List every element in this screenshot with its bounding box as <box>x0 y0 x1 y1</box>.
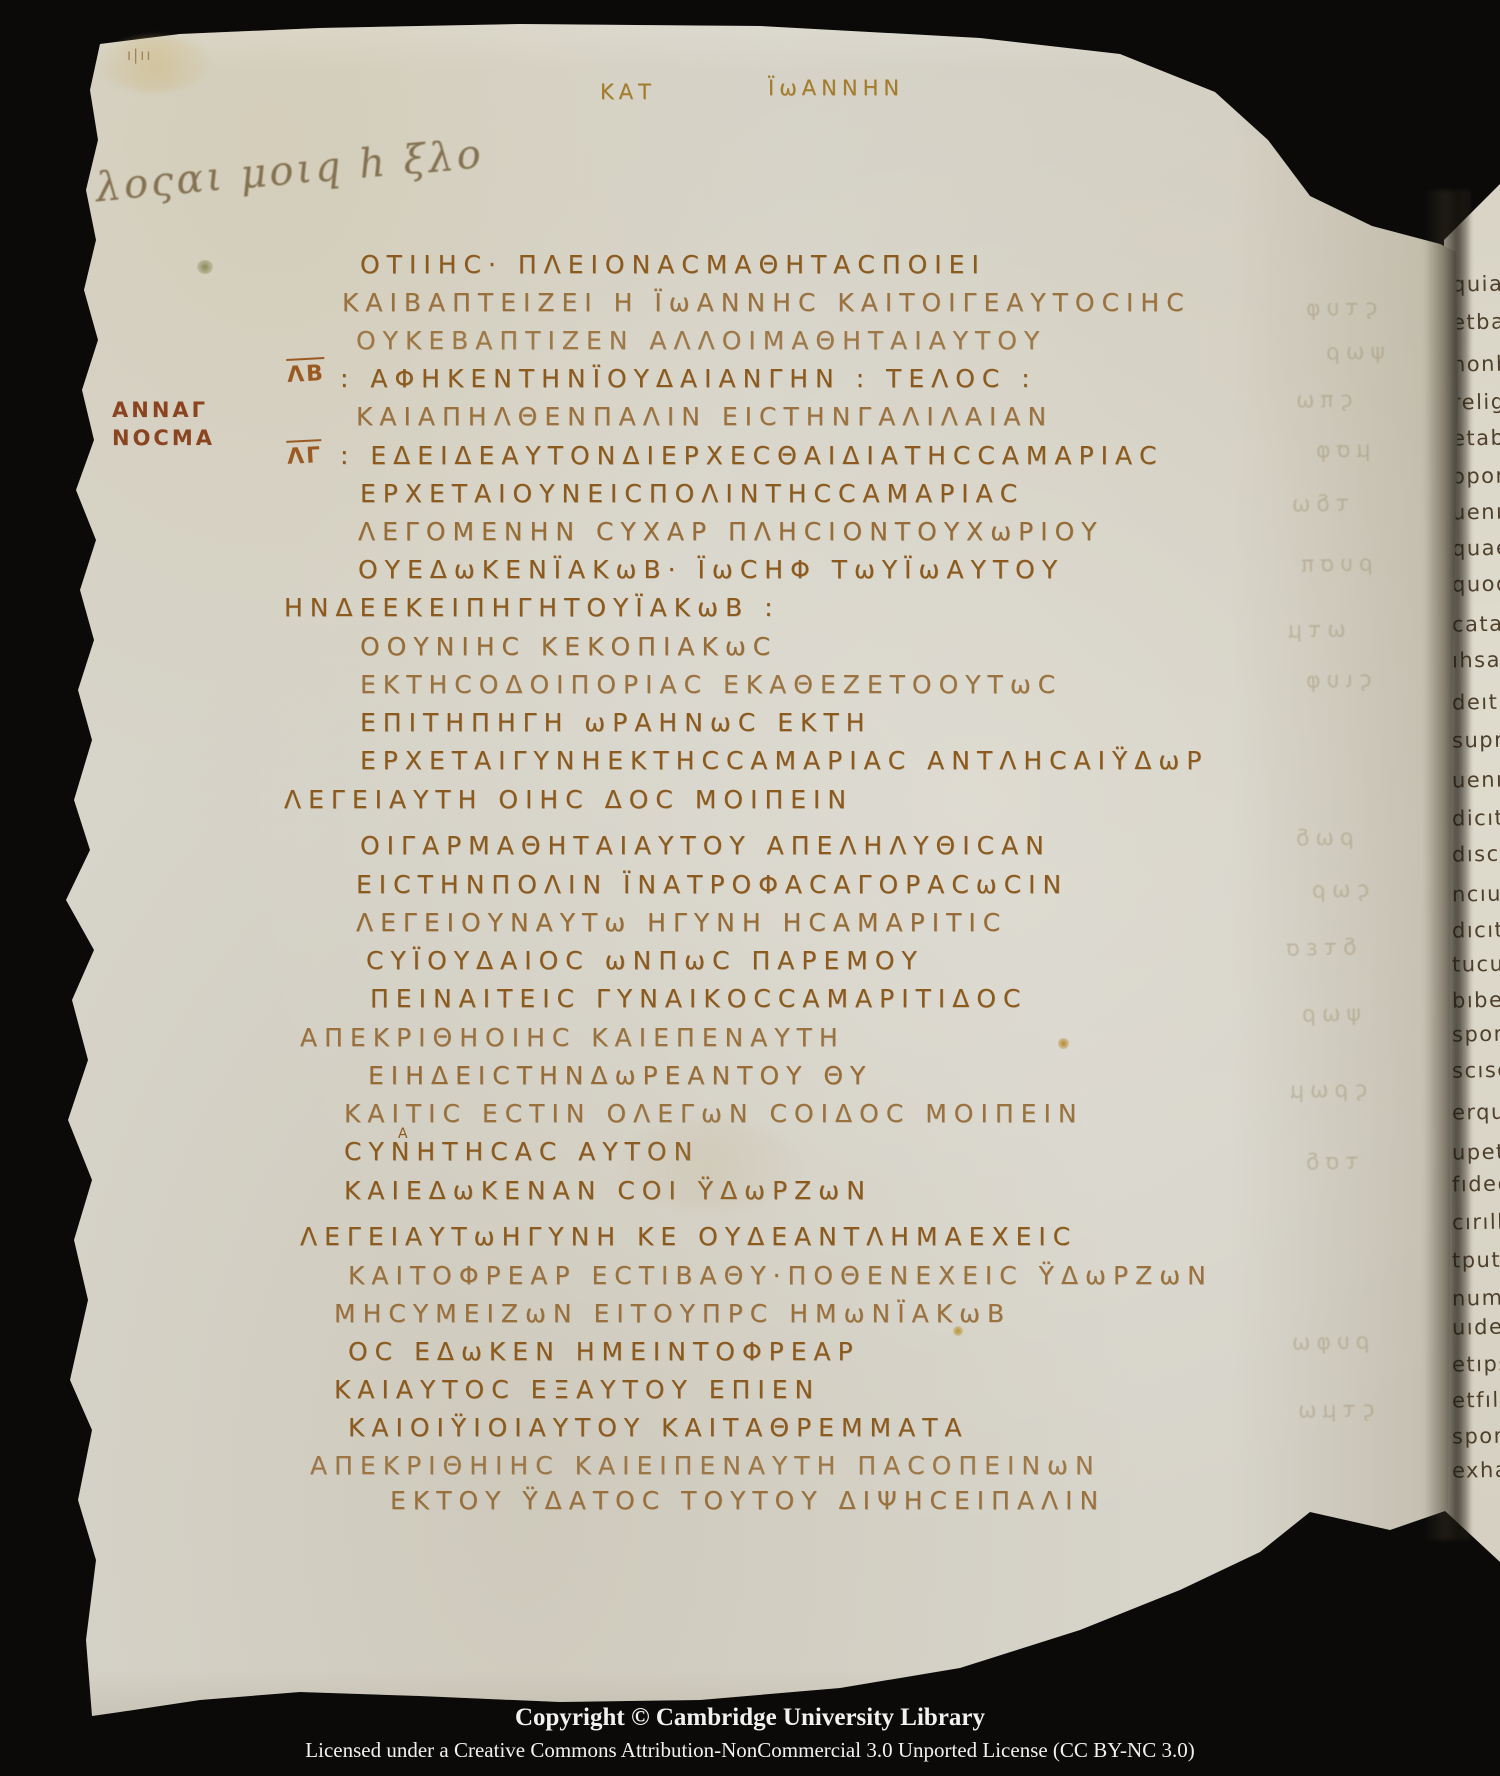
greek-text-line: ΚΑΙΑΥΤΟC ΕΞΑΥΤΟΥ ΕΠΙΕΝ <box>334 1377 820 1402</box>
greek-text-line: : ΕΔΕΙΔΕΑΥΤΟΝΔΙΕΡΧΕCΘΑΙΔΙΑΤΗCCΑΜΑΡΙΑC <box>340 443 1164 468</box>
cursive-marginal-note: λοςαι μοιq h ξλο <box>94 131 486 211</box>
greek-text-line: ΕΡΧΕΤΑΙΟΥΝΕΙCΠΟΛΙΝΤΗCCΑΜΑΡΙΑC <box>360 481 1024 506</box>
margin-section-number-lb: ΛΒ <box>286 357 325 388</box>
greek-text-line: ΚΑΙΑΠΗΛΘΕΝΠΑΛΙΝ ΕΙCΤΗΝΓΑΛΙΛΑΙΑΝ <box>356 404 1053 429</box>
running-title-kata: ΚΑΤ <box>600 80 656 104</box>
greek-text-line: ΚΑΙΤΟΦΡΕΑΡ ΕCΤΙΒΑΘΥ·ΠΟΘΕΝΕΧΕΙC ΫΔωΡΖωΝ <box>348 1263 1213 1288</box>
greek-text-line: ΛΕΓΟΜΕΝΗΝ CΥΧΑΡ ΠΛΗCΙΟΝΤΟΥΧωΡΙΟΥ <box>358 519 1104 544</box>
show-through-text: ψωρ <box>1296 1001 1361 1027</box>
margin-section-number-lg: ΛΓ <box>286 439 323 470</box>
greek-text-line: ΑΠΕΚΡΙΘΗΙΗC ΚΑΙΕΙΠΕΝΑΥΤΗ ΠΑCΟΠΕΙΝωΝ <box>310 1453 1101 1478</box>
show-through-text: δτεσ <box>1280 935 1357 961</box>
show-through-text: ςτμω <box>1292 1397 1375 1423</box>
greek-text-line: ΛΕΓΕΙΟΥΝΑΥΤω ΗΓΥΝΗ ΗCΑΜΑΡΙΤΙC <box>356 910 1007 935</box>
ink-dot <box>1058 1038 1069 1049</box>
greek-text-line: ΟΥΚΕΒΑΠΤΙΖΕΝ ΑΛΛΟΙΜΑΘΗΤΑΙΑΥΤΟΥ <box>356 328 1046 353</box>
greek-text-line: ΕΠΙΤΗΠΗΓΗ ωΡΑΗΝωC ΕΚΤΗ <box>360 710 872 735</box>
greek-text-line: CΥΪΟΥΔΑΙΟC ωΝΠωC ΠΑΡΕΜΟΥ <box>366 948 924 973</box>
show-through-text: ςτυφ <box>1300 295 1378 321</box>
greek-text-line: CΥΝΗΤΗCΑC ΑΥΤΟΝ <box>344 1139 699 1164</box>
show-through-text: ςπω <box>1290 387 1353 413</box>
lection-note-line1: ΑΝΝΑΓ <box>112 398 208 422</box>
greek-text-line: ΕΙΗΔΕΙCΤΗΝΔωΡΕΑΝΤΟΥ ΘΥ <box>368 1063 872 1088</box>
greek-text-line: ΜΗCΥΜΕΙΖωΝ ΕΙΤΟΥΠΡC ΗΜωΝΪΑΚωΒ <box>334 1301 1011 1326</box>
parchment-stain <box>100 36 210 92</box>
show-through-text: ψωρ <box>1320 339 1385 365</box>
greek-text-line: ΚΑΙΒΑΠΤΕΙΖΕΙ Η ΪωΑΝΝΗC ΚΑΙΤΟΙΓΕΑΥΤΟCΙΗC <box>342 290 1191 315</box>
greek-text-line: ΕΚΤΟΥ ΫΔΑΤΟC ΤΟΥΤΟΥ ΔΙΨΗCΕΙΠΑΛΙΝ <box>390 1488 1105 1513</box>
copyright-notice: Copyright © Cambridge University Library <box>0 1704 1500 1732</box>
greek-text-line: ΚΑΙΟΙΫΙΟΙΑΥΤΟΥ ΚΑΙΤΑΘΡΕΜΜΑΤΑ <box>348 1415 969 1440</box>
page-content-layer: ı|ıı ΚΑΤ ΪωΑΝΝΗΝ λοςαι μοιq h ξλο ΛΒ ΛΓ … <box>0 0 1500 1776</box>
running-title-ioannen: ΪωΑΝΝΗΝ <box>768 76 904 100</box>
greek-text-line: ΟΟΥΝΙΗC ΚΕΚΟΠΙΑΚωC <box>360 634 777 659</box>
show-through-text: ςιυφ <box>1300 667 1372 693</box>
show-through-text: τδω <box>1286 491 1350 517</box>
license-notice: Licensed under a Creative Commons Attrib… <box>0 1738 1500 1763</box>
show-through-text: ρυσπ <box>1295 551 1373 577</box>
greek-text-line: ΟΙΓΑΡΜΑΘΗΤΑΙΑΥΤΟΥ ΑΠΕΛΗΛΥΘΙCΑΝ <box>360 833 1051 858</box>
greek-text-line: ΟΤΙΙΗC· ΠΛΕΙΟΝΑCΜΑΘΗΤΑCΠΟΙΕΙ <box>360 252 986 277</box>
folio-mark: ı|ıı <box>127 46 153 64</box>
greek-text-line: ΛΕΓΕΙΑΥΤΗ ΟΙΗC ΔΟC ΜΟΙΠΕΙΝ <box>284 787 853 812</box>
show-through-text: ςωρ <box>1306 877 1370 903</box>
manuscript-photo-page: { "header": { "running_title_left": "ΚΑΤ… <box>0 0 1500 1776</box>
show-through-text: μσφ <box>1310 437 1371 463</box>
greek-text-line: ΕΙCΤΗΝΠΟΛΙΝ ΪΝΑΤΡΟΦΑCΑΓΟΡΑCωCΙΝ <box>356 872 1068 897</box>
greek-text-line: ΠΕΙΝΑΙΤΕΙC ΓΥΝΑΙΚΟCCΑΜΑΡΙΤΙΔΟC <box>370 986 1027 1011</box>
show-through-text: ςρωμ <box>1284 1077 1368 1103</box>
lection-note-line2: ΝΟCΜΑ <box>112 426 215 450</box>
superscript-correction-alpha: Α <box>398 1126 408 1142</box>
greek-text-line: ΟΥΕΔωΚΕΝΪΑΚωΒ· ΪωCΗΦ ΤωΥΪωΑΥΤΟΥ <box>358 557 1064 582</box>
greek-text-line: ΕΚΤΗCΟΔΟΙΠΟΡΙΑC ΕΚΑΘΕΖΕΤΟΟΥΤωC <box>360 672 1062 697</box>
show-through-text: ρυφω <box>1286 1329 1370 1355</box>
greek-text-line: ΕΡΧΕΤΑΙΓΥΝΗΕΚΤΗCCΑΜΑΡΙΑC ΑΝΤΛΗCΑΙΫΔωΡ <box>360 748 1208 773</box>
greek-text-line: ΚΑΙΕΔωΚΕΝΑΝ CΟΙ ΫΔωΡΖωΝ <box>344 1178 872 1203</box>
greek-text-line: ΚΑΙΤΙC ΕCΤΙΝ ΟΛΕΓωΝ CΟΙΔΟC ΜΟΙΠΕΙΝ <box>344 1101 1084 1126</box>
greek-text-line: ΟC ΕΔωΚΕΝ ΗΜΕΙΝΤΟΦΡΕΑΡ <box>348 1339 860 1364</box>
show-through-text: τσδ <box>1300 1149 1359 1175</box>
show-through-text: ρωδ <box>1290 825 1354 851</box>
greek-text-line: ΛΕΓΕΙΑΥΤωΗΓΥΝΗ ΚΕ ΟΥΔΕΑΝΤΛΗΜΑΕΧΕΙC <box>300 1224 1077 1249</box>
parchment-spot <box>197 260 213 274</box>
greek-text-line: ΑΠΕΚΡΙΘΗΟΙΗC ΚΑΙΕΠΕΝΑΥΤΗ <box>300 1025 845 1050</box>
show-through-text: ωτμ <box>1282 617 1346 643</box>
greek-text-line: : ΑΦΗΚΕΝΤΗΝΪΟΥΔΑΙΑΝΓΗΝ : ΤΕΛΟC : <box>340 366 1037 391</box>
greek-text-line: ΗΝΔΕΕΚΕΙΠΗΓΗΤΟΥΪΑΚωΒ : <box>284 595 780 620</box>
